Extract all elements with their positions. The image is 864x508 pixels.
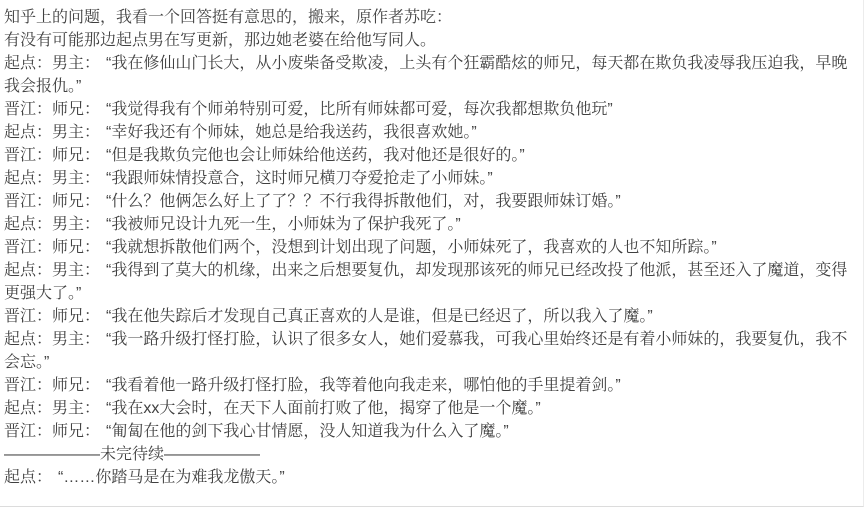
to-be-continued-divider: ——————未完待续—————— <box>4 443 855 466</box>
dialogue-quote: “我在修仙山门长大，从小废柴备受欺凌，上头有个狂霸酷炫的师兄，每天都在欺负我凌辱… <box>4 55 847 95</box>
speaker-label: 晋江：师兄： <box>4 239 100 256</box>
dialogue-quote: “我得到了莫大的机缘，出来之后想要复仇，却发现那该死的师兄已经改投了他派，甚至还… <box>4 262 847 302</box>
dialogue-quote: “……你踏马是在为难我龙傲天。” <box>58 469 285 486</box>
speaker-label: 晋江：师兄： <box>4 423 100 440</box>
dialogue-line: 晋江：师兄：“什么？他俩怎么好上了了？？不行我得拆散他们，对，我要跟师妹订婚。” <box>4 190 855 213</box>
speaker-label: 晋江：师兄： <box>4 308 100 325</box>
dialogue-quote: “我觉得我有个师弟特别可爱，比所有师妹都可爱，每次我都想欺负他玩” <box>106 101 613 118</box>
dialogue-line: 起点：男主：“我在xx大会时，在天下人面前打败了他，揭穿了他是一个魔。” <box>4 397 855 420</box>
post-intro-line: 有没有可能那边起点男在写更新，那边她老婆在给他写同人。 <box>4 29 855 52</box>
dialogue-line: 晋江：师兄：“我看着他一路升级打怪打脸，我等着他向我走来，哪怕他的手里提着剑。” <box>4 374 855 397</box>
dialogue-line: 晋江：师兄：“匍匐在他的剑下我心甘情愿，没人知道我为什么入了魔。” <box>4 420 855 443</box>
post-intro-line: 知乎上的问题，我看一个回答挺有意思的，搬来，原作者苏吃： <box>4 6 855 29</box>
dialogue-quote: “我在xx大会时，在天下人面前打败了他，揭穿了他是一个魔。” <box>106 400 541 417</box>
speaker-label: 起点：男主： <box>4 170 100 187</box>
dialogue-line: 晋江：师兄：“我觉得我有个师弟特别可爱，比所有师妹都可爱，每次我都想欺负他玩” <box>4 98 855 121</box>
speaker-label: 晋江：师兄： <box>4 377 100 394</box>
dialogue-quote: “我在他失踪后才发现自己真正喜欢的人是谁，但是已经迟了，所以我入了魔。” <box>106 308 653 325</box>
dialogue-line: 起点：男主：“我被师兄设计九死一生，小师妹为了保护我死了。” <box>4 213 855 236</box>
dialogue-quote: “我看着他一路升级打怪打脸，我等着他向我走来，哪怕他的手里提着剑。” <box>106 377 621 394</box>
speaker-label: 起点：男主： <box>4 262 100 279</box>
dialogue-line: 晋江：师兄：“但是我欺负完他也会让师妹给他送药，我对他还是很好的。” <box>4 144 855 167</box>
speaker-label: 晋江：师兄： <box>4 101 100 118</box>
dialogue-quote: “什么？他俩怎么好上了了？？不行我得拆散他们，对，我要跟师妹订婚。” <box>106 193 621 210</box>
dialogue-quote: “匍匐在他的剑下我心甘情愿，没人知道我为什么入了魔。” <box>106 423 509 440</box>
speaker-label: 起点：男主： <box>4 55 100 72</box>
speaker-label: 起点： <box>4 469 52 486</box>
dialogue-quote: “但是我欺负完他也会让师妹给他送药，我对他还是很好的。” <box>106 147 525 164</box>
dialogue-line: 起点：男主：“幸好我还有个师妹，她总是给我送药，我很喜欢她。” <box>4 121 855 144</box>
post-content: 知乎上的问题，我看一个回答挺有意思的，搬来，原作者苏吃： 有没有可能那边起点男在… <box>0 0 864 507</box>
speaker-label: 起点：男主： <box>4 400 100 417</box>
dialogue-line: 起点：男主：“我跟师妹情投意合，这时师兄横刀夺爱抢走了小师妹。” <box>4 167 855 190</box>
dialogue-line: 起点：男主：“我在修仙山门长大，从小废柴备受欺凌，上头有个狂霸酷炫的师兄，每天都… <box>4 52 855 98</box>
dialogue-quote: “我被师兄设计九死一生，小师妹为了保护我死了。” <box>106 216 461 233</box>
ending-line: 起点：“……你踏马是在为难我龙傲天。” <box>4 466 855 489</box>
dialogue-line: 晋江：师兄：“我就想拆散他们两个，没想到计划出现了问题，小师妹死了，我喜欢的人也… <box>4 236 855 259</box>
speaker-label: 晋江：师兄： <box>4 147 100 164</box>
dialogue-quote: “我一路升级打怪打脸，认识了很多女人，她们爱慕我，可我心里始终还是有着小师妹的，… <box>4 331 847 371</box>
speaker-label: 起点：男主： <box>4 331 100 348</box>
dialogue-line: 晋江：师兄：“我在他失踪后才发现自己真正喜欢的人是谁，但是已经迟了，所以我入了魔… <box>4 305 855 328</box>
dialogue-quote: “我跟师妹情投意合，这时师兄横刀夺爱抢走了小师妹。” <box>106 170 493 187</box>
dialogue-line: 起点：男主：“我一路升级打怪打脸，认识了很多女人，她们爱慕我，可我心里始终还是有… <box>4 328 855 374</box>
dialogue-line: 起点：男主：“我得到了莫大的机缘，出来之后想要复仇，却发现那该死的师兄已经改投了… <box>4 259 855 305</box>
dialogue-quote: “幸好我还有个师妹，她总是给我送药，我很喜欢她。” <box>106 124 477 141</box>
dialogue-quote: “我就想拆散他们两个，没想到计划出现了问题，小师妹死了，我喜欢的人也不知所踪。” <box>106 239 717 256</box>
speaker-label: 晋江：师兄： <box>4 193 100 210</box>
speaker-label: 起点：男主： <box>4 124 100 141</box>
speaker-label: 起点：男主： <box>4 216 100 233</box>
